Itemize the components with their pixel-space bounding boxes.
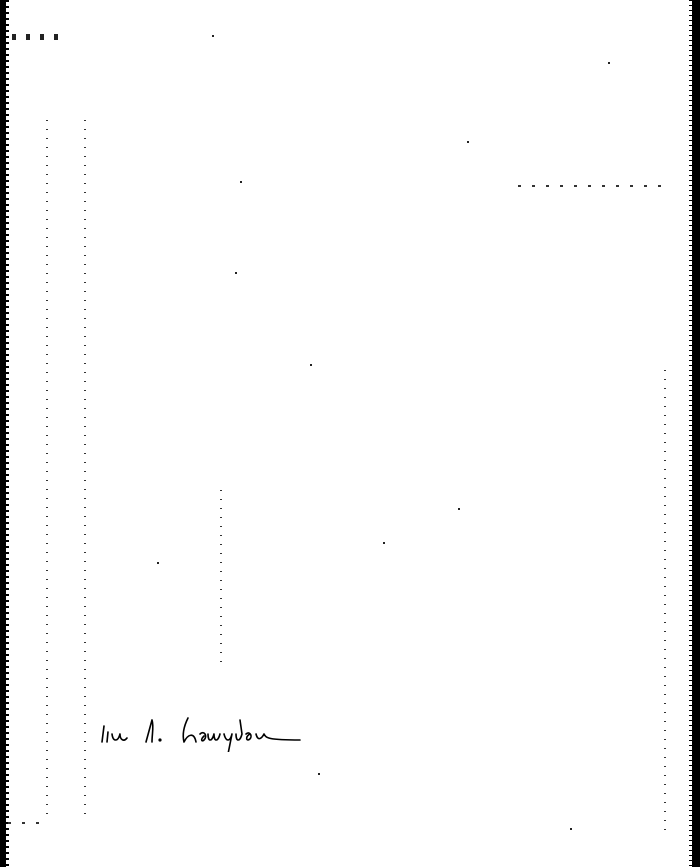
- scan-speck: [608, 62, 610, 64]
- dotted-rule-margin: [84, 120, 86, 820]
- header-speckle: [12, 34, 62, 40]
- dotted-rule-top-right: [518, 185, 668, 187]
- scan-speck: [157, 562, 159, 564]
- scan-speck: [310, 364, 312, 366]
- scan-speck: [212, 35, 214, 37]
- scan-speck: [235, 272, 237, 274]
- scan-edge-left: [0, 0, 6, 867]
- scan-speck: [383, 542, 385, 544]
- scan-speck: [570, 828, 572, 830]
- dotted-rule-right: [664, 370, 666, 830]
- scan-speck: [458, 508, 460, 510]
- scan-edge-right: [692, 0, 700, 867]
- scan-speck: [240, 181, 242, 183]
- dotted-rule-left: [46, 120, 48, 820]
- handwritten-signature: Irie A. Hampton: [100, 712, 320, 752]
- scan-speck: [467, 141, 469, 143]
- dotted-rule-bottom-left: [8, 822, 48, 824]
- signature-glyphs: [100, 712, 320, 752]
- scan-speck: [318, 773, 320, 775]
- dotted-rule-middle: [220, 490, 222, 670]
